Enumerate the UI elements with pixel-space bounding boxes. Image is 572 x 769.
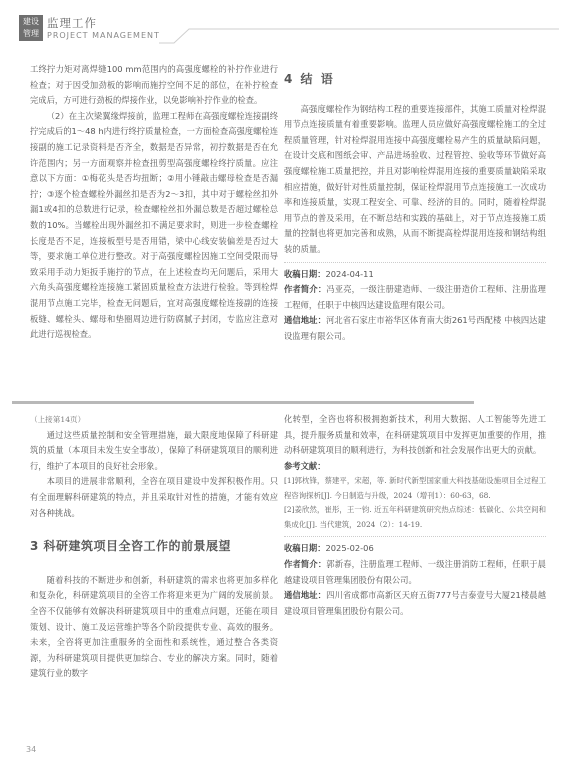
page-header: 建设 管理 监理工作 PROJECT MANAGEMENT (19, 15, 559, 45)
author-info: 作者简介：郭新春，注册监理工程师、一级注册消防工程师，任职于晨越建设项目管理集团… (284, 557, 546, 588)
references-heading: 参考文献： (284, 459, 546, 475)
received-value: 2025-02-06 (326, 543, 374, 553)
received-value: 2024-04-11 (326, 269, 374, 279)
separator (284, 262, 546, 263)
address: 通信地址：四川省成都市高新区天府五街777号吉泰壹号大厦21楼晨越建设项目管理集… (284, 588, 546, 619)
received-date: 收稿日期：2025-02-06 (284, 541, 546, 557)
bottom-right-column: 化转型，全咨也将积极拥抱新技术，利用大数据、人工智能等先进工具，提升服务质量和效… (284, 412, 546, 619)
author-label: 作者简介： (284, 559, 326, 569)
top-left-column: 工终拧力矩对离焊缝100 mm范围内的高强度螺栓的补拧作业进行检查；对于因受加劲… (30, 62, 278, 343)
section-heading-outlook: 3 科研建筑项目全咨工作的前景展望 (30, 539, 278, 555)
continued-note: （上接第14页） (30, 412, 278, 428)
received-date: 收稿日期：2024-04-11 (284, 267, 546, 283)
paragraph: 化转型，全咨也将积极拥抱新技术，利用大数据、人工智能等先进工具，提升服务质量和效… (284, 412, 546, 459)
paragraph: 通过这些质量控制和安全管理措施，最大限度地保障了科研建筑的质量（本项目未发生安全… (30, 428, 278, 475)
reference-item: [1]郭枕锋，蔡建平，宋超，等. 新时代新型国家重大科技基础设施项目全过程工程咨… (284, 474, 546, 503)
paragraph: 随着科技的不断进步和创新，科研建筑的需求也将更加多样化和复杂化，科研建筑项目的全… (30, 573, 278, 682)
page-number: 34 (26, 745, 36, 754)
paragraph: 本项目的进展非常顺利，全咨在项目建设中发挥积极作用。只有全面理解科研建筑的特点，… (30, 474, 278, 521)
section-title-cn: 监理工作 (47, 15, 97, 31)
separator (284, 536, 546, 537)
address: 通信地址：河北省石家庄市裕华区体育南大街261号西配楼 中核四达建设监理有限公司… (284, 313, 546, 344)
logo-line-1: 建设 (19, 16, 43, 28)
paragraph: 工终拧力矩对离焊缝100 mm范围内的高强度螺栓的补拧作业进行检查；对于因受加劲… (30, 62, 278, 109)
author-label: 作者简介： (284, 284, 326, 294)
reference-item: [2]姜欣然，崔彤，王一钧. 近五年科研建筑研究热点综述：低碳化、公共空间和集成… (284, 503, 546, 532)
bottom-left-column: （上接第14页） 通过这些质量控制和安全管理措施，最大限度地保障了科研建筑的质量… (30, 412, 278, 682)
address-label: 通信地址： (284, 590, 326, 600)
journal-logo: 建设 管理 (19, 15, 43, 41)
top-right-column: 4 结 语 高强度螺栓作为钢结构工程的重要连接部件，其施工质量对栓焊混用节点连接… (284, 100, 546, 345)
paragraph: 高强度螺栓作为钢结构工程的重要连接部件，其施工质量对栓焊混用节点连接质量有着重要… (284, 102, 546, 258)
received-label: 收稿日期： (284, 269, 326, 279)
section-title-en: PROJECT MANAGEMENT (47, 31, 160, 40)
article-divider (12, 401, 474, 404)
section-heading-conclusion: 4 结 语 (284, 72, 546, 88)
logo-line-2: 管理 (19, 28, 43, 40)
address-label: 通信地址： (284, 315, 326, 325)
received-label: 收稿日期： (284, 543, 326, 553)
paragraph: （2）在主次梁翼缘焊接前，监理工程师在高强度螺栓连接副终拧完成后的1～48 h内… (30, 109, 278, 343)
author-info: 作者简介：冯亚亮，一级注册建造师、一级注册造价工程师、注册监理工程师，任职于中核… (284, 282, 546, 313)
header-rule (159, 15, 559, 45)
